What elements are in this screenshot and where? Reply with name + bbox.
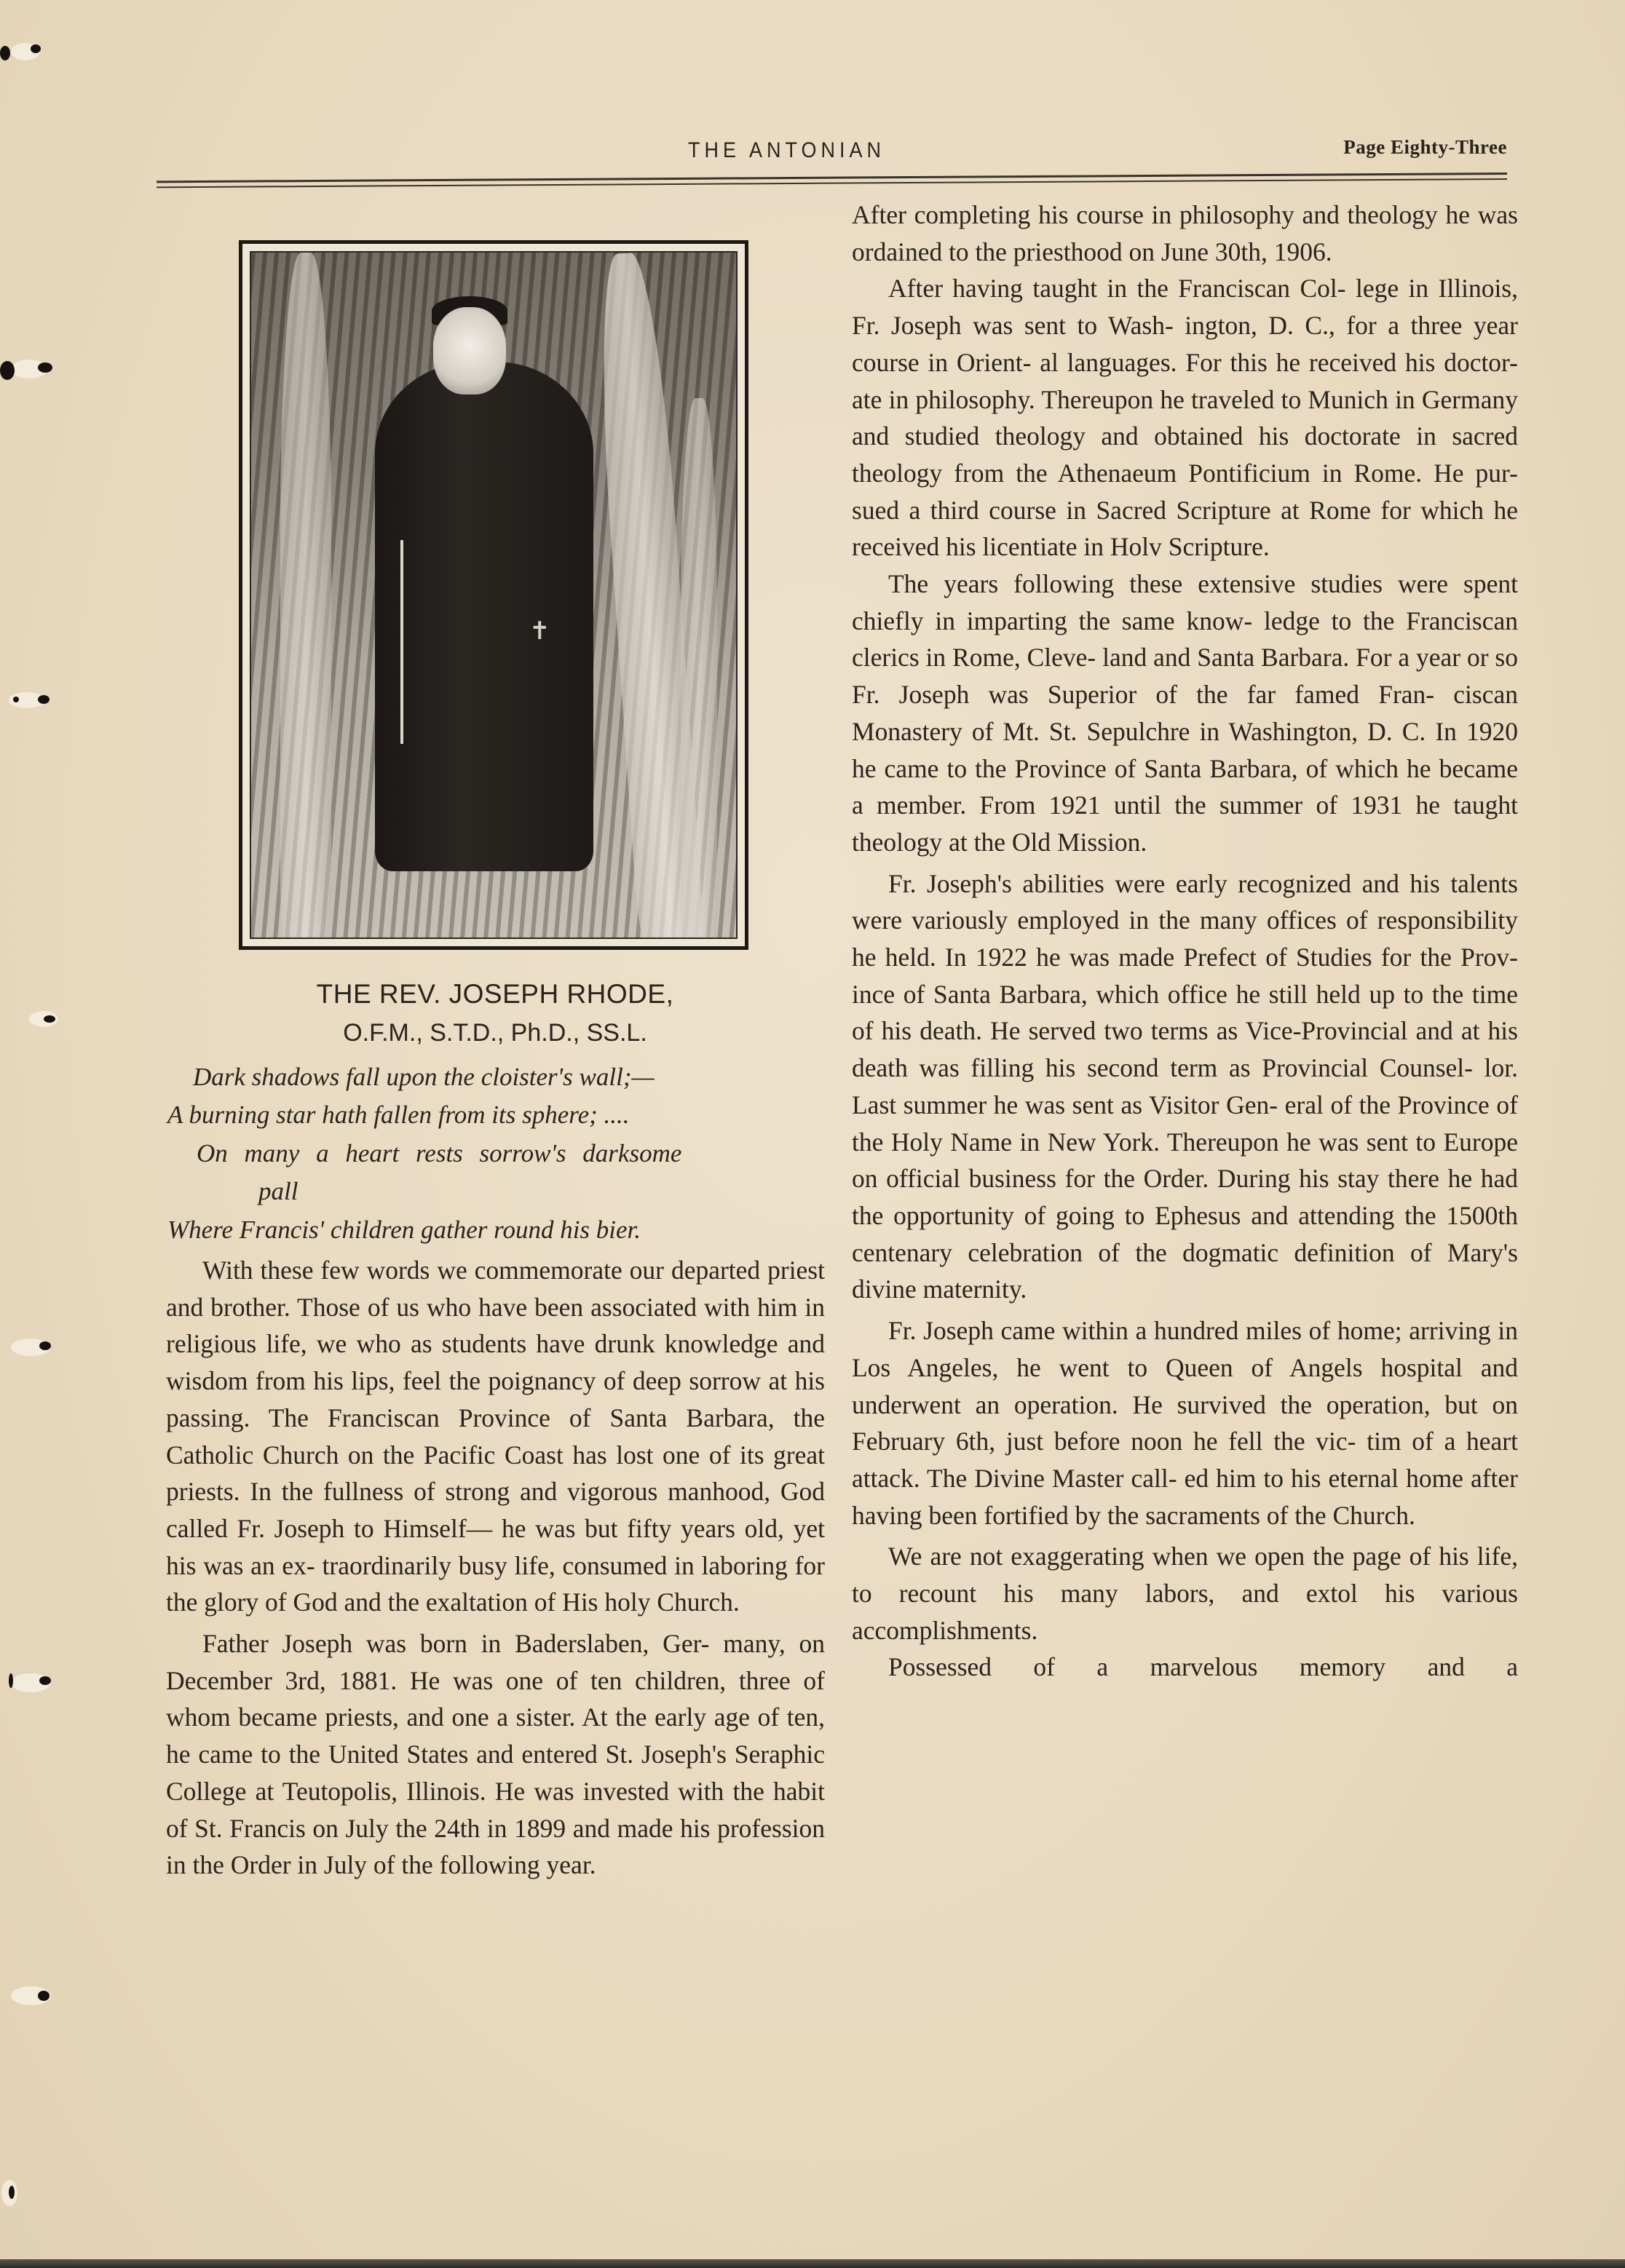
binding-hole — [0, 1336, 51, 1365]
figure-robe — [375, 362, 593, 871]
running-head: THE ANTONIAN Page Eighty-Three — [157, 135, 1507, 178]
poem-line: pall — [258, 1177, 298, 1206]
caption-degrees: O.F.M., S.T.D., Ph.D., SS.L. — [157, 1019, 834, 1047]
portrait-frame: ✝ — [239, 240, 748, 950]
poem-line: Where Francis' children gather round his… — [167, 1216, 641, 1245]
poem-line: Dark shadows fall upon the cloister's wa… — [193, 1063, 655, 1092]
paragraph: The years following these extensive stud… — [852, 566, 1518, 861]
paragraph: After completing his course in philosoph… — [852, 197, 1518, 270]
header-rule — [157, 173, 1507, 183]
scan-bottom-edge — [0, 2259, 1625, 2268]
paragraph: Fr. Joseph came within a hundred miles o… — [852, 1312, 1518, 1534]
binding-hole — [0, 357, 51, 386]
binding-hole — [0, 40, 51, 69]
cross-icon: ✝ — [529, 616, 550, 646]
page-number: Page Eighty-Three — [1343, 136, 1507, 159]
paragraph: With these few words we commemorate our … — [166, 1252, 825, 1621]
right-column: After completing his course in philosoph… — [852, 197, 1518, 1686]
binding-hole — [0, 1008, 51, 1037]
caption-name: THE REV. JOSEPH RHODE, — [157, 979, 834, 1010]
journal-title: THE ANTONIAN — [688, 138, 885, 162]
paragraph: Possessed of a marvelous memory and a — [852, 1649, 1518, 1686]
left-column: With these few words we commemorate our … — [166, 1252, 825, 1884]
paragraph: Fr. Joseph's abilities were early recogn… — [852, 865, 1518, 1308]
binding-hole — [0, 688, 51, 717]
binding-hole — [0, 2180, 51, 2209]
paragraph: After having taught in the Franciscan Co… — [852, 270, 1518, 566]
cord — [400, 540, 403, 744]
binding-hole — [0, 1670, 51, 1700]
poem-line: A burning star hath fallen from its sphe… — [167, 1101, 630, 1130]
portrait-photo-icon: ✝ — [250, 251, 738, 939]
figure-head — [433, 307, 506, 394]
poem-line: On many a heart rests sorrow's darksome — [197, 1139, 681, 1168]
paragraph: We are not exaggerating when we open the… — [852, 1538, 1518, 1649]
binding-hole — [0, 1983, 51, 2013]
paragraph: Father Joseph was born in Baderslaben, G… — [166, 1625, 825, 1884]
